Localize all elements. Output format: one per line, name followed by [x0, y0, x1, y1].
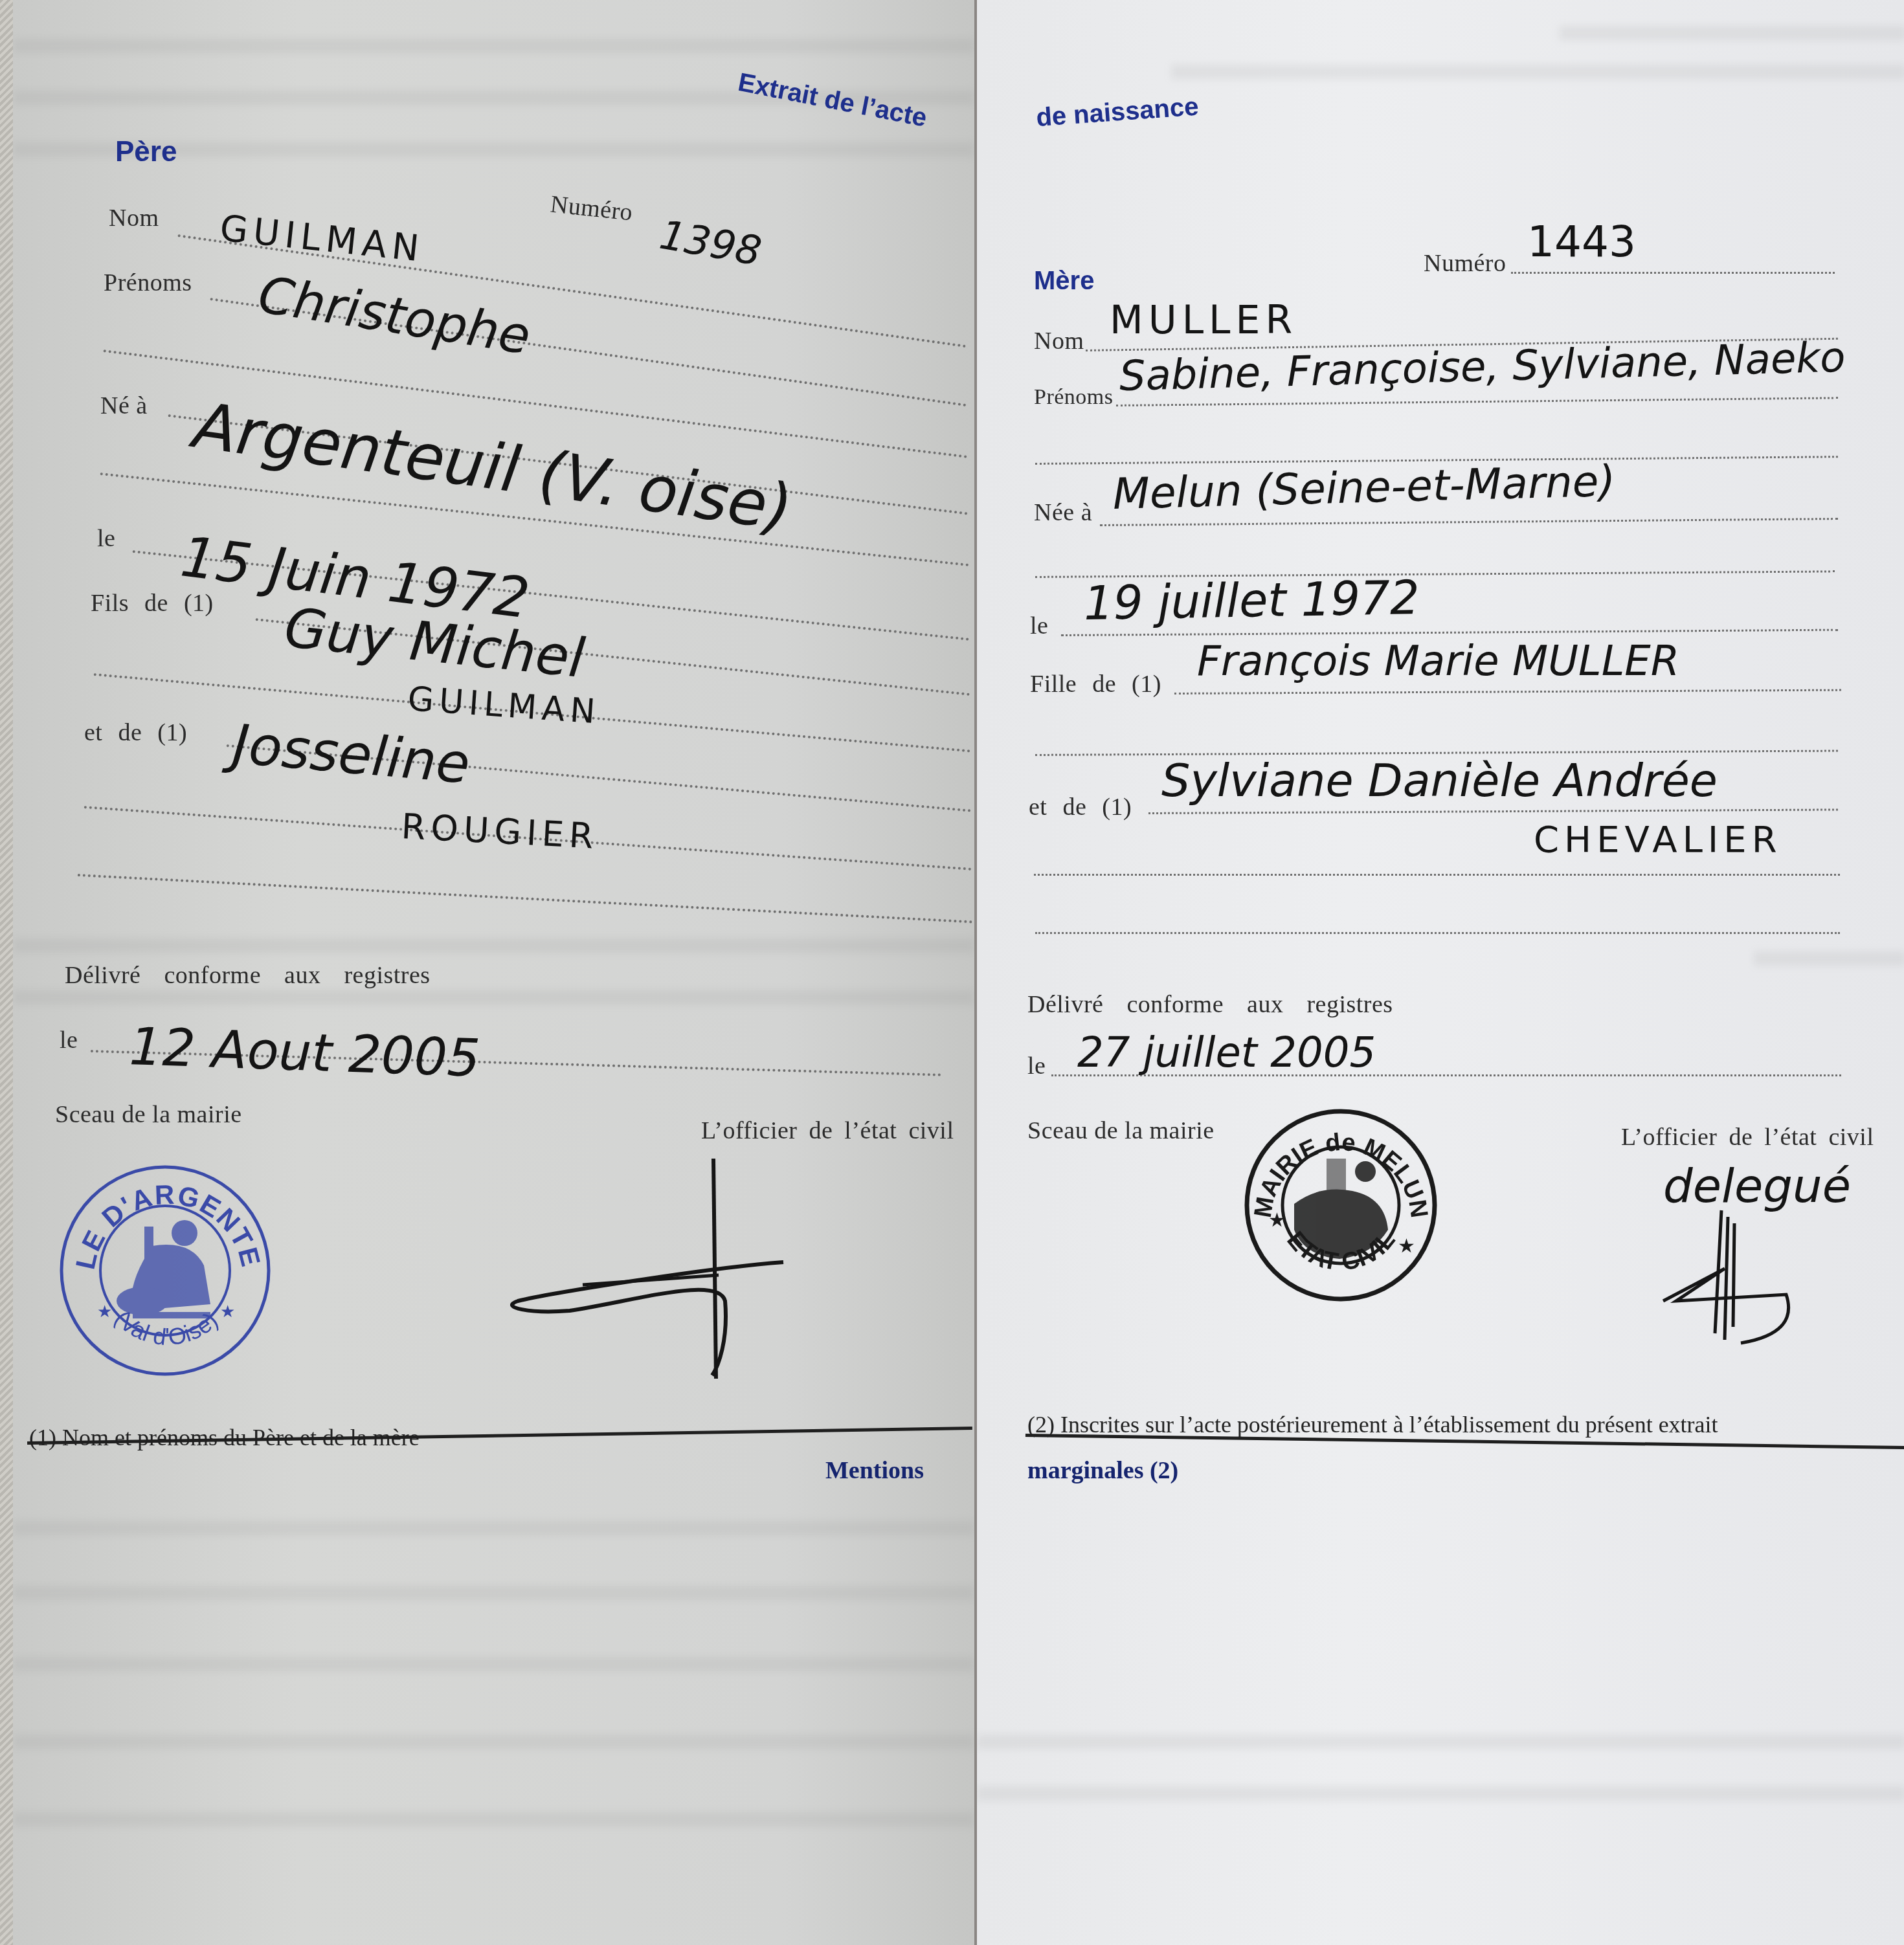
- mother-nom-value: MULLER: [1110, 298, 1297, 343]
- father-nom-value: GUILMAN: [218, 207, 427, 271]
- show-through-text: [13, 1586, 974, 1600]
- mother-nee-a-label: Née à: [1034, 498, 1092, 527]
- father-fils-de-label: Fils de (1): [91, 589, 214, 617]
- show-through-text: [13, 1521, 974, 1535]
- document-title-left: Extrait de l’acte: [735, 68, 929, 133]
- officer-signature-right: [1657, 1204, 1819, 1346]
- mother-fille-de-label: Fille de (1): [1030, 670, 1161, 698]
- father-section-title: Père: [115, 136, 177, 168]
- dotted-line: [1100, 518, 1838, 526]
- melun-city-stamp: MAIRIE de MELUN ETAT CIVIL ★ ★: [1242, 1107, 1440, 1304]
- show-through-text: [977, 1786, 1904, 1801]
- dotted-line: [1174, 689, 1841, 695]
- marginales-label: marginales (2): [1027, 1456, 1178, 1485]
- mother-numero-value: 1443: [1527, 217, 1636, 267]
- svg-text:★: ★: [1268, 1210, 1286, 1231]
- right-page: de naissance Mère Numéro 1443 Nom MULLER…: [974, 0, 1904, 1945]
- show-through-text: [13, 990, 974, 1005]
- mother-nee-a-value: Melun (Seine-et-Marne): [1112, 456, 1616, 519]
- father-prenoms-label: Prénoms: [104, 269, 192, 297]
- father-ne-a-value: Argenteuil (V. oise): [189, 389, 796, 546]
- mother-delivre-label: Délivré conforme aux registres: [1027, 990, 1393, 1019]
- document-title-right: de naissance: [1035, 92, 1200, 132]
- dotted-line: [1034, 874, 1840, 876]
- mother-fille-de-value: François Marie MULLER: [1197, 638, 1679, 685]
- mother-et-de-value-line2: CHEVALIER: [1534, 819, 1782, 861]
- argenteuil-city-stamp: VILLE D'ARGENTEUIL (Val d'Oise) ★ ★: [55, 1162, 275, 1379]
- father-et-de-value-line2: ROUGIER: [400, 806, 599, 857]
- show-through-text: [13, 1657, 974, 1671]
- mother-nom-label: Nom: [1034, 327, 1084, 355]
- show-through-text: [13, 39, 974, 53]
- mother-footnote: (2) Inscrites sur l’acte postérieurement…: [1027, 1411, 1718, 1438]
- father-delivre-le-label: le: [60, 1026, 78, 1054]
- svg-text:★: ★: [220, 1302, 235, 1321]
- father-numero-label: Numéro: [549, 190, 634, 227]
- mother-numero-label: Numéro: [1424, 249, 1506, 278]
- dotted-line: [1116, 397, 1838, 406]
- show-through-text: [1754, 951, 1904, 966]
- show-through-text: [13, 1735, 974, 1749]
- father-delivre-label: Délivré conforme aux registres: [65, 961, 431, 990]
- father-sceau-label: Sceau de la mairie: [55, 1100, 242, 1129]
- svg-text:★: ★: [97, 1302, 112, 1321]
- mother-delivre-le-value: 27 juillet 2005: [1077, 1029, 1376, 1077]
- father-delivre-le-value: 12 Aout 2005: [128, 1016, 481, 1089]
- show-through-text: [1560, 26, 1904, 40]
- show-through-text: [977, 1735, 1904, 1749]
- dotted-line: [1035, 932, 1840, 934]
- mother-et-de-label: et de (1): [1029, 793, 1132, 821]
- left-page: Extrait de l’acte Père Numéro 1398 Nom G…: [13, 0, 974, 1945]
- father-officier-label: L’officier de l’état civil: [701, 1117, 954, 1145]
- father-et-de-label: et de (1): [84, 718, 187, 747]
- mother-section-title: Mère: [1034, 267, 1094, 296]
- mother-et-de-value-line1: Sylviane Danièle Andrée: [1161, 754, 1718, 807]
- svg-text:★: ★: [1398, 1236, 1415, 1257]
- mother-le-label: le: [1030, 612, 1048, 640]
- mentions-label: Mentions: [825, 1456, 924, 1485]
- dotted-line: [1511, 272, 1835, 274]
- father-nom-label: Nom: [109, 204, 159, 232]
- mother-sceau-label: Sceau de la mairie: [1027, 1117, 1215, 1145]
- dotted-line: [1061, 629, 1838, 636]
- father-ne-a-label: Né à: [100, 392, 148, 420]
- show-through-text: [13, 1812, 974, 1827]
- dotted-line: [78, 874, 973, 923]
- show-through-text: [1171, 65, 1904, 79]
- officer-signature-left: [505, 1146, 809, 1385]
- mother-prenoms-label: Prénoms: [1034, 385, 1114, 410]
- show-through-text: [13, 939, 974, 953]
- mother-delivre-le-label: le: [1027, 1052, 1046, 1080]
- father-le-label: le: [97, 524, 115, 553]
- father-et-de-value-line1: Josseline: [230, 712, 473, 796]
- father-numero-value: 1398: [656, 211, 765, 275]
- mother-prenoms-value: Sabine, Françoise, Sylviane, Naeko: [1119, 334, 1846, 401]
- dotted-line: [1148, 808, 1838, 814]
- mother-officier-label: L’officier de l’état civil: [1621, 1123, 1874, 1151]
- mother-le-value: 19 juillet 1972: [1083, 570, 1420, 630]
